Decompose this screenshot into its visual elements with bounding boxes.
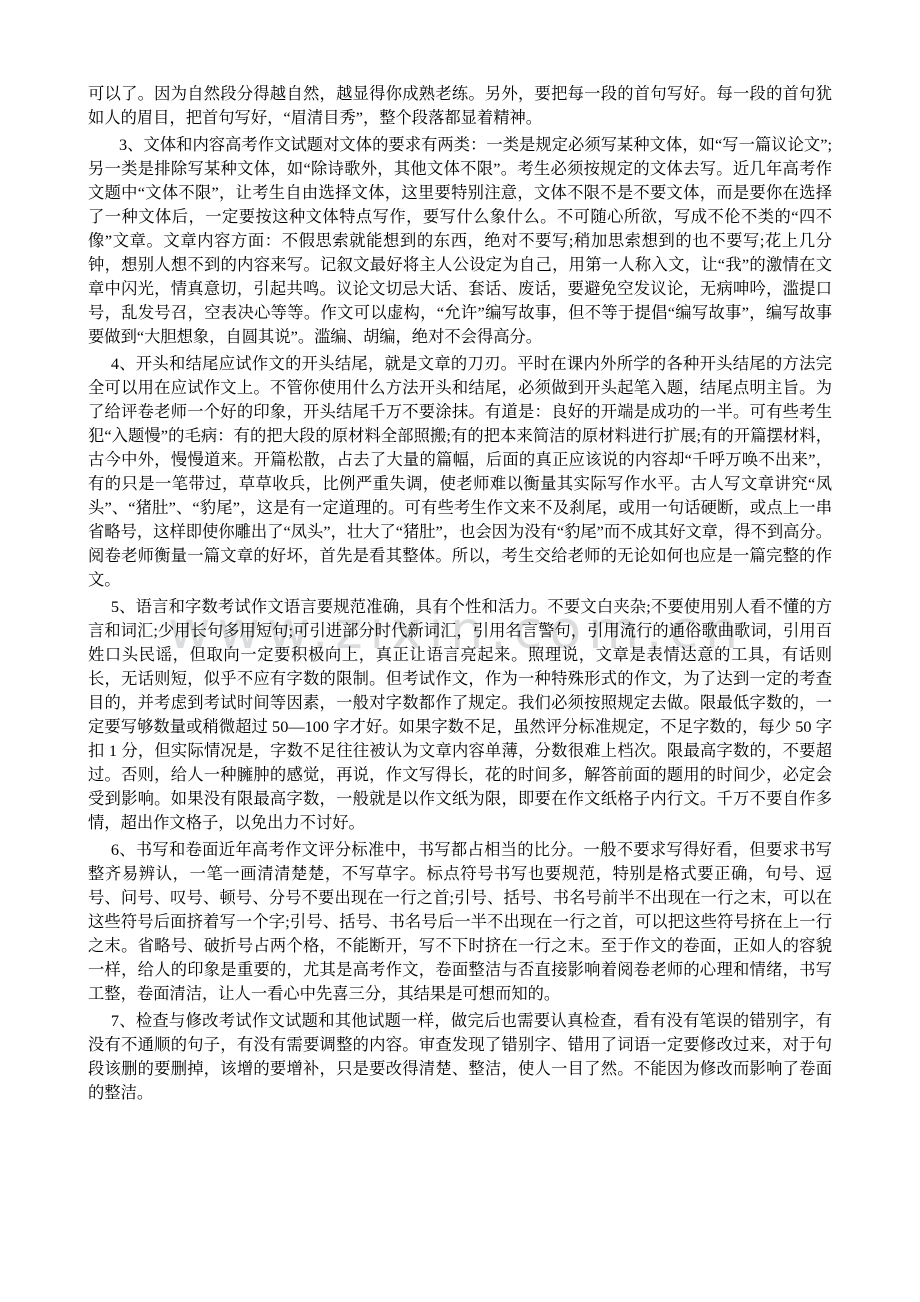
paragraph: 7、检查与修改考试作文试题和其他试题一样，做完后也需要认真检查，看有没有笔误的错… — [88, 1009, 832, 1105]
document-page: www.zixin.com.cn 可以了。因为自然段分得越自然，越显得你成熟老练… — [0, 0, 920, 1302]
paragraph: 4、开头和结尾应试作文的开头结尾，就是文章的刀刃。平时在课内外所学的各种开头结尾… — [88, 352, 832, 592]
paragraph: 6、书写和卷面近年高考作文评分标准中，书写都占相当的比分。一般不要求写得好看，但… — [88, 838, 832, 1006]
paragraph: 可以了。因为自然段分得越自然，越显得你成熟老练。另外，要把每一段的首句写好。每一… — [88, 82, 832, 130]
paragraph: 3、文体和内容高考作文试题对文体的要求有两类：一类是规定必须写某种文体，如“写一… — [88, 133, 832, 349]
paragraph: 5、语言和字数考试作文语言要规范准确，具有个性和活力。不要文白夹杂;不要使用别人… — [88, 595, 832, 835]
document-text-area: 可以了。因为自然段分得越自然，越显得你成熟老练。另外，要把每一段的首句写好。每一… — [0, 0, 920, 1108]
